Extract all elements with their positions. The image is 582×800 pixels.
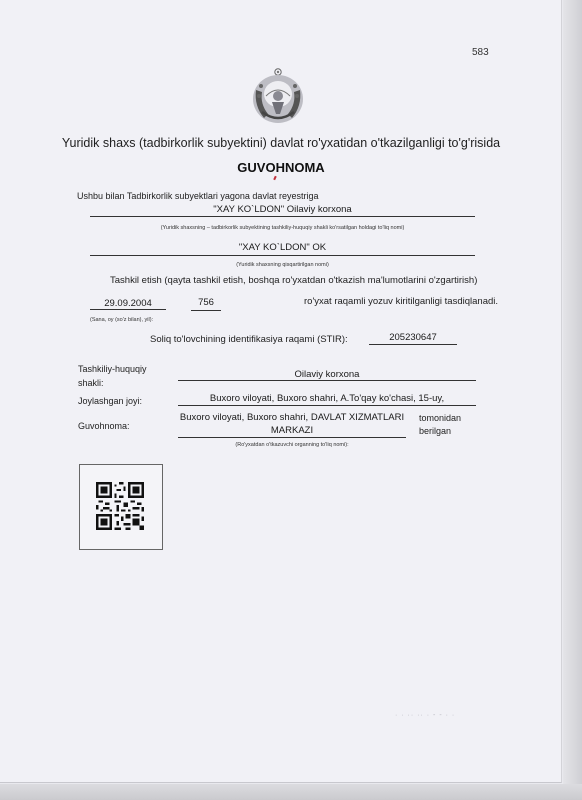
scan-artifact: · · ·· ·· · - - · ·: [395, 712, 455, 719]
registration-date-caption: (Sana, oy (so'z bilan), yil):: [90, 317, 153, 323]
short-name-caption: (Yuridik shaxsning qisqartirilgan nomi): [90, 262, 475, 268]
issuer-value-line1: Buxoro viloyati, Buxoro shahri, DAVLAT X…: [178, 412, 406, 423]
qr-code-icon: [96, 482, 144, 530]
red-pen-mark: [273, 176, 277, 180]
page-edge-right: [563, 0, 582, 800]
page-number: 583: [472, 47, 489, 58]
issuer-caption: (Ro'yxatdan o'tkazuvchi organning to'liq…: [178, 442, 406, 448]
full-name-value: "XAY KO`LDON" Oilaviy korxona: [90, 204, 475, 215]
location-label: Joylashgan joyi:: [78, 394, 142, 409]
qr-code-frame: [79, 464, 163, 550]
intro-text: Ushbu bilan Tadbirkorlik subyektlari yag…: [77, 191, 318, 201]
location-value: Buxoro viloyati, Buxoro shahri, A.To'qay…: [178, 393, 476, 404]
action-line: Tashkil etish (qayta tashkil etish, bosh…: [110, 275, 477, 286]
issuer-line: [178, 437, 406, 438]
registration-number: 756: [191, 297, 221, 308]
full-name-line: [90, 216, 475, 217]
tin-value: 205230647: [369, 332, 457, 343]
full-name-caption: (Yuridik shaxsning – tadbirkorlik subyek…: [90, 225, 475, 231]
page-edge-bottom: [0, 784, 582, 800]
registration-date: 29.09.2004: [90, 298, 166, 309]
certificate-page: 583 Yuridik shaxs (tadbirkorlik subyekti…: [0, 0, 562, 783]
legal-form-line: [178, 380, 476, 381]
tin-line: [369, 344, 457, 345]
legal-form-label-2: shakli:: [78, 376, 104, 391]
short-name-line: [90, 255, 475, 256]
legal-form-label-1: Tashkiliy-huquqiy: [78, 362, 147, 377]
certificate-subtitle: Yuridik shaxs (tadbirkorlik subyektini) …: [0, 136, 562, 150]
certificate-title: GUVOHNOMA: [0, 160, 562, 175]
location-line: [178, 405, 476, 406]
short-name-value: "XAY KO`LDON" OK: [90, 242, 475, 253]
registration-number-line: [191, 310, 221, 311]
issuer-value-line2: MARKAZI: [178, 425, 406, 436]
issuer-label: Guvohnoma:: [78, 419, 130, 434]
legal-form-value: Oilaviy korxona: [178, 369, 476, 380]
issuer-suffix-2: berilgan: [419, 424, 451, 439]
registration-confirmation: ro'yxat raqamli yozuv kiritilganligi tas…: [304, 296, 498, 307]
tin-label: Soliq to'lovchining identifikasiya raqam…: [150, 334, 348, 345]
state-emblem-icon: [250, 66, 306, 126]
registration-date-line: [90, 309, 166, 310]
